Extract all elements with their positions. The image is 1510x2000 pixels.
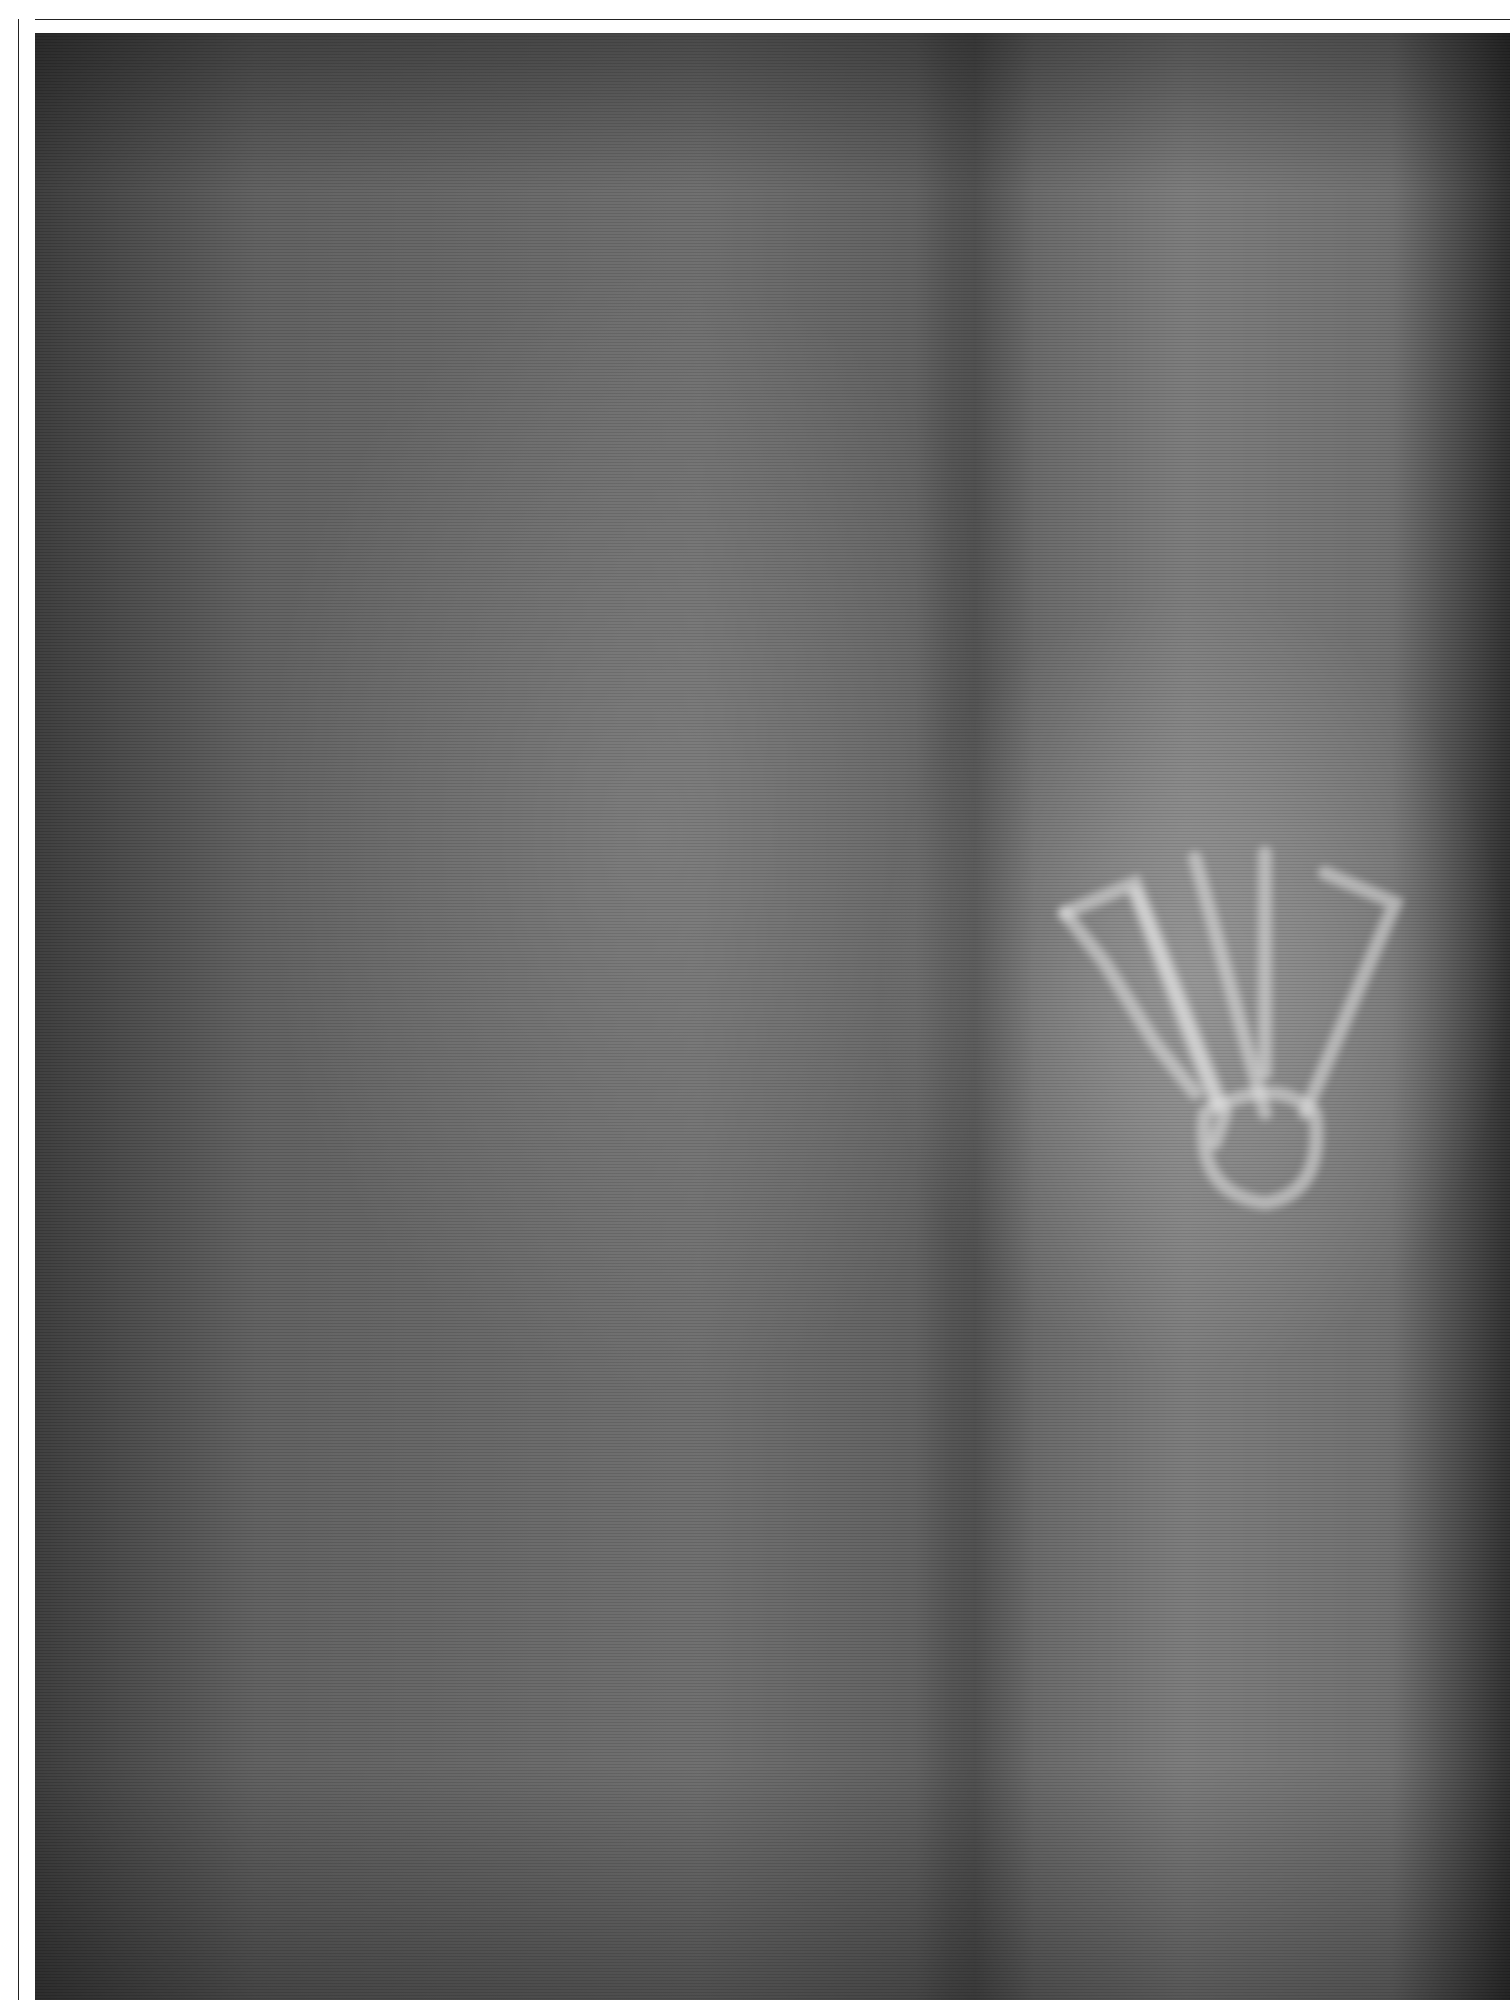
ruler-baseline xyxy=(18,19,19,2000)
ruler-baseline xyxy=(18,19,1510,20)
vertical-ruler xyxy=(0,0,35,2000)
horizontal-ruler xyxy=(0,0,1510,33)
manuscript-scan xyxy=(35,33,1510,2000)
page-fold-shadow xyxy=(915,33,1035,2000)
hand-smudge-mark xyxy=(1025,813,1445,1233)
